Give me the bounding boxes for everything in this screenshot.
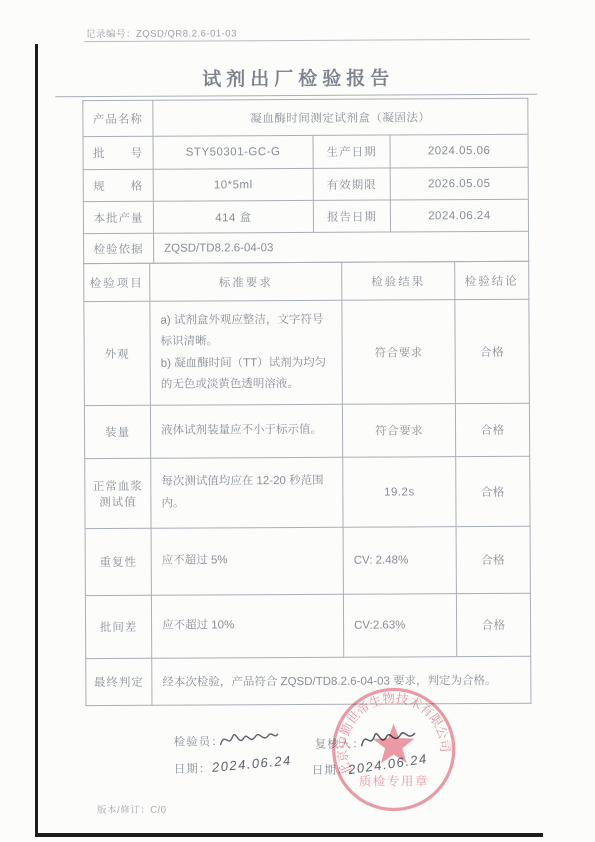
- document-content: 记录编号：ZQSD/QR8.2.6-01-03 试剂出厂检验报告 产品名称 凝血…: [0, 0, 595, 842]
- expiry-label: 有效期限: [313, 168, 390, 200]
- info-row-product: 产品名称 凝血酶时间测定试剂盒（凝固法）: [83, 98, 528, 136]
- item-volume: 装量: [84, 405, 150, 458]
- table-row-repeatability: 重复性 应不超过 5% CV: 2.48% 合格: [85, 526, 530, 595]
- conclusion-appearance: 合格: [455, 299, 530, 403]
- table-row-appearance: 外观 a) 试剂盒外观应整洁，文字符号标识清晰。 b) 凝血酶时间（TT）试剂为…: [84, 299, 530, 405]
- result-appearance: 符合要求: [342, 300, 456, 405]
- batch-label: 批 号: [83, 136, 153, 169]
- conclusion-lot-difference: 合格: [456, 593, 530, 656]
- basis-value: ZQSD/TD8.2.6-04-03: [154, 231, 529, 263]
- conclusion-volume: 合格: [455, 403, 529, 456]
- info-table: 产品名称 凝血酶时间测定试剂盒（凝固法） 批 号 STY50301-GC-G 生…: [82, 98, 529, 264]
- info-row-basis: 检验依据 ZQSD/TD8.2.6-04-03: [84, 231, 529, 263]
- requirement-plasma-test: 每次测试值均应在 12-20 秒范围内。: [151, 457, 343, 528]
- item-lot-difference: 批间差: [85, 595, 151, 658]
- made-date-label: 生产日期: [313, 135, 390, 168]
- record-number-value: ZQSD/QR8.2.6-01-03: [136, 28, 237, 40]
- inspector-date-label: 日期：: [174, 760, 212, 776]
- spec-label: 规 格: [83, 169, 153, 201]
- product-name-value: 凝血酶时间测定试剂盒（凝固法）: [153, 98, 528, 136]
- seal-star-icon: [373, 723, 415, 763]
- made-date-value: 2024.05.06: [390, 134, 528, 168]
- record-number-label: 记录编号：: [86, 29, 136, 40]
- report-date-label: 报告日期: [313, 200, 390, 232]
- table-row-plasma-test: 正常血浆测试值 每次测试值均应在 12-20 秒范围内。 19.2s 合格: [85, 456, 530, 528]
- result-lot-difference: CV:2.63%: [343, 594, 456, 658]
- table-row-volume: 装量 液体试剂装量应不小于标示值。 符合要求 合格: [84, 403, 529, 458]
- info-row-quantity: 本批产量 414 盒 报告日期 2024.06.24: [83, 199, 528, 233]
- spec-value: 10*5ml: [153, 168, 313, 201]
- final-verdict-label: 最终判定: [86, 658, 152, 705]
- quantity-label: 本批产量: [83, 201, 153, 233]
- item-repeatability: 重复性: [85, 528, 151, 595]
- company-seal-stamp: 北京中勤世帝生物技术有限公司 质检专用章: [323, 679, 464, 820]
- conclusion-repeatability: 合格: [456, 526, 530, 593]
- header-result: 检验结果: [342, 262, 455, 301]
- expiry-value: 2026.05.05: [390, 167, 528, 200]
- conclusion-plasma-test: 合格: [456, 456, 530, 526]
- info-row-batch: 批 号 STY50301-GC-G 生产日期 2024.05.06: [83, 134, 528, 169]
- header-conclusion: 检验结论: [455, 261, 529, 299]
- header-item: 检验项目: [84, 263, 150, 301]
- item-plasma-test: 正常血浆测试值: [85, 458, 151, 528]
- requirement-lot-difference: 应不超过 10%: [151, 594, 343, 658]
- result-plasma-test: 19.2s: [343, 457, 456, 528]
- quantity-value: 414 盒: [153, 200, 313, 233]
- page-title: 试剂出厂检验报告: [58, 63, 538, 93]
- table-row-lot-difference: 批间差 应不超过 10% CV:2.63% 合格: [85, 593, 530, 658]
- requirement-repeatability: 应不超过 5%: [151, 527, 343, 595]
- scan-edge-bottom: [35, 833, 543, 837]
- inspector-date-value: 2024.06.24: [211, 753, 292, 775]
- company-seal-graphic: 北京中勤世帝生物技术有限公司 质检专用章: [323, 679, 464, 820]
- batch-value: STY50301-GC-G: [153, 135, 313, 169]
- header-requirement: 标准要求: [150, 262, 342, 301]
- result-repeatability: CV: 2.48%: [343, 527, 456, 595]
- requirement-volume: 液体试剂装量应不小于标示值。: [150, 404, 342, 458]
- inspector-signature: [218, 726, 280, 752]
- report-date-value: 2024.06.24: [390, 199, 528, 232]
- requirement-appearance-a: a) 试剂盒外观应整洁，文字符号标识清晰。: [160, 310, 331, 353]
- results-table: 检验项目 标准要求 检验结果 检验结论 外观 a) 试剂盒外观应整洁，文字符号标…: [83, 261, 531, 706]
- item-appearance: 外观: [84, 301, 151, 405]
- version-footer: 版本/修订：C/0: [97, 802, 167, 816]
- table-row-final-verdict: 最终判定 经本次检验，产品符合 ZQSD/TD8.2.6-04-03 要求，判定…: [86, 656, 531, 705]
- requirement-appearance: a) 试剂盒外观应整洁，文字符号标识清晰。 b) 凝血酶时间（TT）试剂为均匀的…: [150, 300, 343, 405]
- seal-center-text: 质检专用章: [359, 773, 429, 788]
- results-header-row: 检验项目 标准要求 检验结果 检验结论: [84, 261, 529, 301]
- inspector-label: 检验员：: [174, 733, 224, 749]
- product-name-label: 产品名称: [83, 100, 153, 136]
- basis-label: 检验依据: [84, 233, 154, 263]
- record-number: 记录编号：ZQSD/QR8.2.6-01-03: [86, 25, 237, 40]
- info-row-spec: 规 格 10*5ml 有效期限 2026.05.05: [83, 167, 528, 201]
- result-volume: 符合要求: [342, 404, 455, 458]
- requirement-appearance-b: b) 凝血酶时间（TT）试剂为均匀的无色或淡黄色透明溶液。: [161, 352, 332, 395]
- title-rule: [55, 94, 537, 98]
- scan-edge-left: [35, 44, 38, 836]
